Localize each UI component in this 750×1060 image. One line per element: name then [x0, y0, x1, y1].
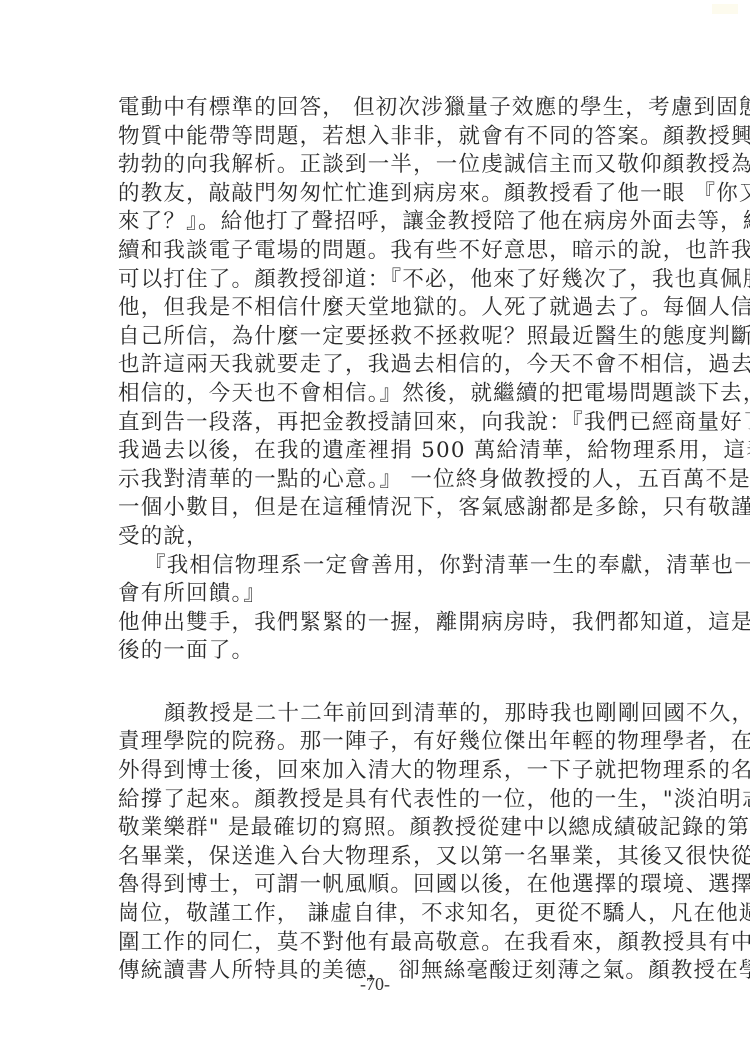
scan-artifact: [712, 4, 738, 14]
text-line: 相信的，今天也不會相信。』然後，就繼續的把電場問題談下去，: [118, 380, 620, 409]
text-line: 也許這兩天我就要走了，我過去相信的，今天不會不相信，過去不: [118, 351, 620, 380]
text-line: 他伸出雙手，我們緊緊的一握，離開病房時，我們都知道，這是最: [118, 609, 620, 638]
text-line: 顏教授是二十二年前回到清華的，那時我也剛剛回國不久，負: [118, 700, 620, 729]
paragraph-gap: [118, 666, 620, 700]
quote-block: 『我相信物理系一定會善用，你對清華一生的奉獻，清華也一定 會有所回饋。』: [118, 552, 620, 609]
quote-line: 會有所回饋。』: [118, 580, 620, 609]
text-line: 受的說，: [118, 523, 620, 552]
text-line: 續和我談電子電場的問題。我有些不好意思，暗示的說，也許我們: [118, 237, 620, 266]
text-line: 責理學院的院務。那一陣子，有好幾位傑出年輕的物理學者，在國: [118, 728, 620, 757]
text-line: 自己所信，為什麼一定要拯救不拯救呢？照最近醫生的態度判斷，: [118, 323, 620, 352]
paragraph-2: 顏教授是二十二年前回到清華的，那時我也剛剛回國不久，負 責理學院的院務。那一陣子…: [118, 700, 620, 986]
text-line: 名畢業，保送進入台大物理系，又以第一名畢業，其後又很快從耶: [118, 843, 620, 872]
text-line: 外得到博士後，回來加入清大的物理系，一下子就把物理系的名聲: [118, 757, 620, 786]
text-line: 魯得到博士，可謂一帆風順。回國以後，在他選擇的環境、選擇的: [118, 871, 620, 900]
text-line: 給撐了起來。顏教授是具有代表性的一位，他的一生，"淡泊明志，: [118, 786, 620, 815]
text-line: 示我對清華的一點的心意。』 一位終身做教授的人，五百萬不是: [118, 466, 620, 495]
closing-block: 他伸出雙手，我們緊緊的一握，離開病房時，我們都知道，這是最 後的一面了。: [118, 609, 620, 666]
text-line: 直到告一段落，再把金教授請回來，向我說：『我們已經商量好了，: [118, 409, 620, 438]
text-line: 勃勃的向我解析。正談到一半，一位虔誠信主而又敬仰顏教授為人: [118, 151, 620, 180]
paragraph-1: 電動中有標準的回答， 但初次涉獵量子效應的學生，考慮到固態 物質中能帶等問題，若…: [118, 94, 620, 552]
text-line: 圍工作的同仁，莫不對他有最高敬意。在我看來，顏教授具有中國: [118, 929, 620, 958]
page-number: -70-: [0, 974, 750, 995]
text-line: 的教友，敲敲門匆匆忙忙進到病房來。顏教授看了他一眼 『你又: [118, 180, 620, 209]
document-body: 電動中有標準的回答， 但初次涉獵量子效應的學生，考慮到固態 物質中能帶等問題，若…: [118, 94, 620, 986]
text-line: 來了？』。給他打了聲招呼，讓金教授陪了他在病房外面去等，繼: [118, 208, 620, 237]
text-line: 他，但我是不相信什麼天堂地獄的。人死了就過去了。每個人信他: [118, 294, 620, 323]
text-line: 電動中有標準的回答， 但初次涉獵量子效應的學生，考慮到固態: [118, 94, 620, 123]
text-line: 可以打住了。顏教授卻道：『不必，他來了好幾次了，我也真佩服: [118, 266, 620, 295]
text-line: 一個小數目，但是在這種情況下，客氣感謝都是多餘，只有敬謹接: [118, 494, 620, 523]
quote-line: 『我相信物理系一定會善用，你對清華一生的奉獻，清華也一定: [118, 552, 620, 581]
text-line: 後的一面了。: [118, 637, 620, 666]
text-line: 敬業樂群" 是最確切的寫照。顏教授從建中以總成績破記錄的第一: [118, 814, 620, 843]
text-line: 物質中能帶等問題，若想入非非，就會有不同的答案。顏教授興緻: [118, 123, 620, 152]
text-line: 崗位，敬謹工作， 謙虛自律，不求知名，更從不驕人，凡在他週: [118, 900, 620, 929]
text-line: 我過去以後，在我的遺產裡捐 500 萬給清華，給物理系用，這表: [118, 437, 620, 466]
